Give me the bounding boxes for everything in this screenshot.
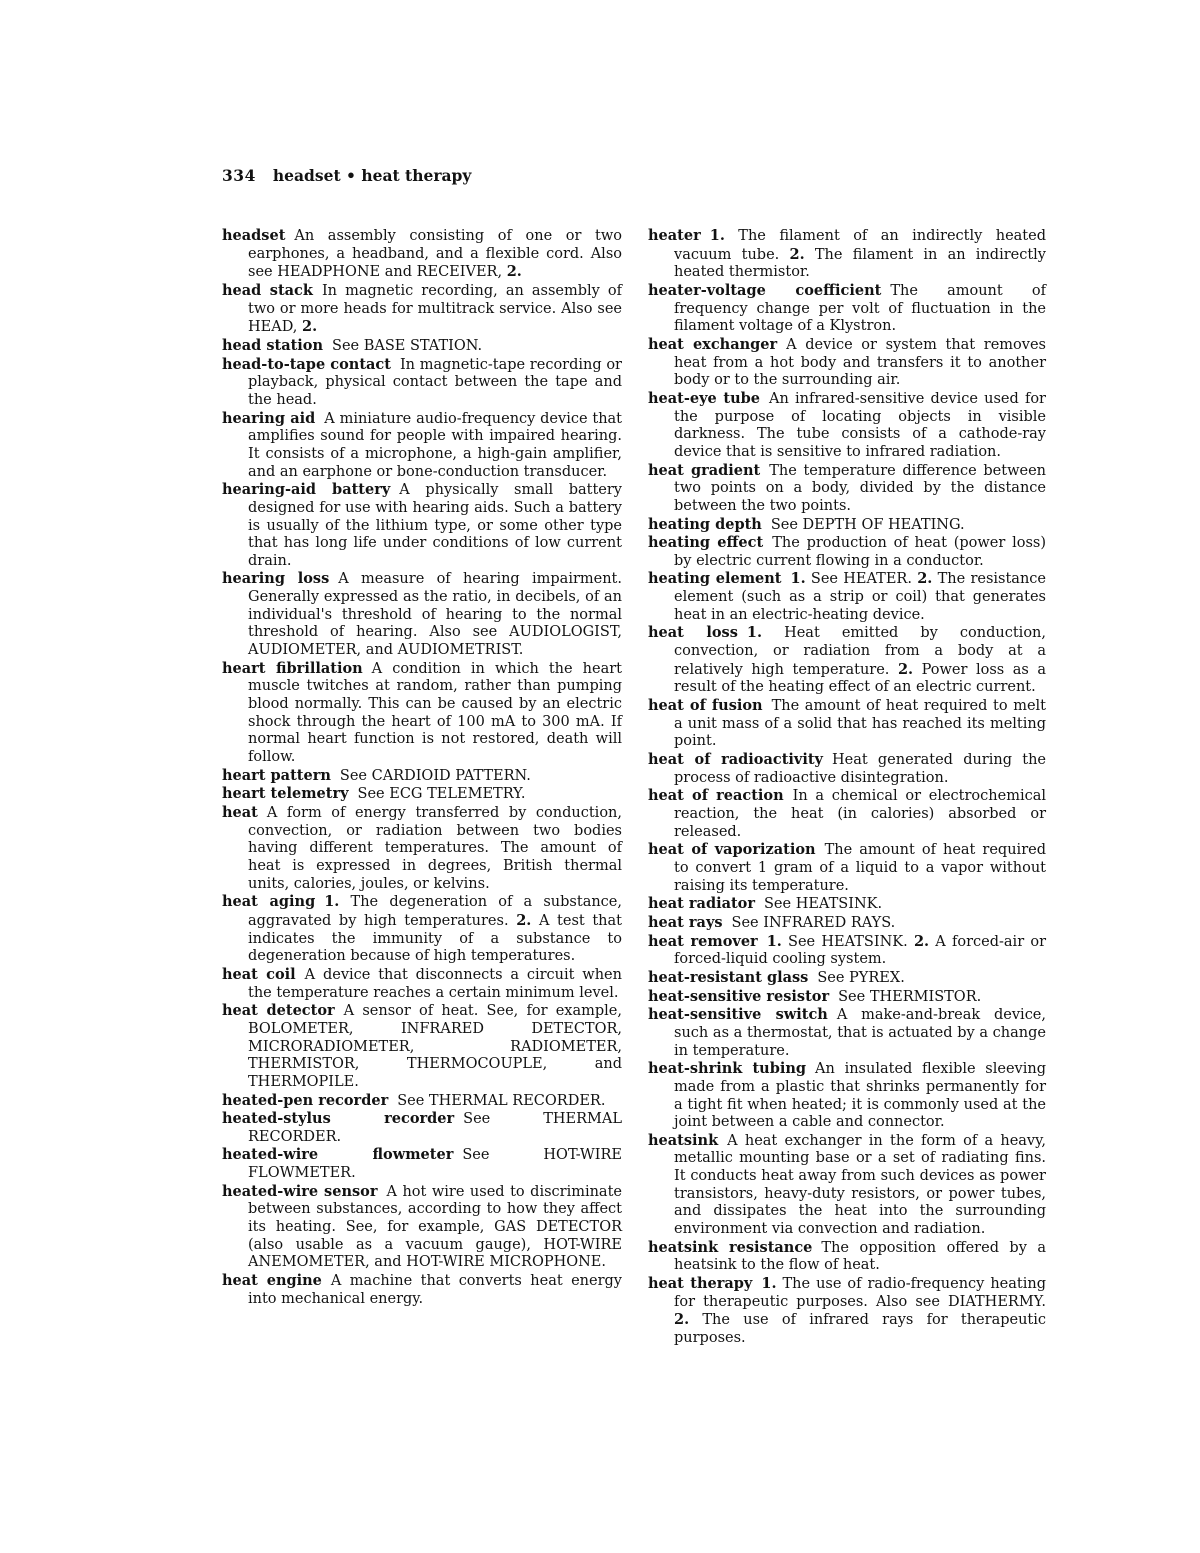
entry-definition: An assembly consisting of one or two ear…: [248, 228, 622, 280]
dictionary-columns: headsetAn assembly consisting of one or …: [222, 227, 1046, 1348]
entry-term: heated-stylus recorder: [222, 1110, 463, 1127]
entry-term: heat radiator: [648, 895, 764, 912]
dictionary-entry: heat-resistant glassSee PYREX.: [648, 969, 1046, 988]
entry-term: heat engine: [222, 1272, 331, 1289]
entry-term: heated-wire sensor: [222, 1183, 386, 1200]
entry-term: heat rays: [648, 914, 732, 931]
entry-definition: See DEPTH OF HEATING.: [771, 517, 965, 533]
dictionary-entry: heart patternSee CARDIOID PATTERN.: [222, 767, 622, 786]
entry-term: heat-sensitive resistor: [648, 988, 838, 1005]
dictionary-entry: heat-sensitive switchA make-and-break de…: [648, 1006, 1046, 1060]
entry-term: heatsink: [648, 1132, 727, 1149]
dictionary-entry: headsetAn assembly consisting of one or …: [222, 227, 622, 282]
entry-term: heating element: [648, 570, 791, 587]
dictionary-entry: head-to-tape contactIn magnetic-tape rec…: [222, 356, 622, 410]
dictionary-entry: hearing aidA miniature audio-frequency d…: [222, 410, 622, 482]
entry-term: heat: [222, 804, 267, 821]
dictionary-entry: heat loss1. Heat emitted by conduction, …: [648, 624, 1046, 697]
entry-term: heating effect: [648, 534, 772, 551]
entry-term: hearing aid: [222, 410, 324, 427]
page-header: 334headset • heat therapy: [222, 166, 471, 185]
entry-definition: 1. The filament of an indirectly heated …: [674, 228, 1046, 280]
dictionary-entry: heat aging1. The degeneration of a subst…: [222, 893, 622, 966]
entry-definition: See CARDIOID PATTERN.: [340, 768, 531, 784]
entry-term: heat of radioactivity: [648, 751, 832, 768]
dictionary-entry: heat radiatorSee HEATSINK.: [648, 895, 1046, 914]
dictionary-entry: hearing-aid batteryA physically small ba…: [222, 481, 622, 570]
dictionary-entry: heating depthSee DEPTH OF HEATING.: [648, 516, 1046, 535]
guide-words: headset • heat therapy: [273, 166, 472, 185]
entry-term: heat aging: [222, 893, 324, 910]
dictionary-entry: hearing lossA measure of hearing impairm…: [222, 570, 622, 659]
entry-definition: See ECG TELEMETRY.: [358, 786, 526, 802]
entry-term: heat therapy: [648, 1275, 761, 1292]
dictionary-entry: heat-shrink tubingAn insulated flexible …: [648, 1060, 1046, 1132]
entry-term: heated-wire flowmeter: [222, 1146, 462, 1163]
entry-term: heated-pen recorder: [222, 1092, 397, 1109]
dictionary-entry: heat detectorA sensor of heat. See, for …: [222, 1002, 622, 1091]
entry-definition: See BASE STATION.: [332, 338, 482, 354]
dictionary-entry: heart telemetrySee ECG TELEMETRY.: [222, 785, 622, 804]
column-right: heater1. The filament of an indirectly h…: [648, 227, 1046, 1348]
dictionary-entry: heat of fusionThe amount of heat require…: [648, 697, 1046, 751]
dictionary-entry: heat-sensitive resistorSee THERMISTOR.: [648, 988, 1046, 1007]
entry-term: heatsink resistance: [648, 1239, 821, 1256]
dictionary-entry: heating effectThe production of heat (po…: [648, 534, 1046, 570]
entry-definition: A device that disconnects a circuit when…: [248, 967, 622, 1001]
entry-term: head-to-tape contact: [222, 356, 400, 373]
entry-definition: A heat exchanger in the form of a heavy,…: [674, 1133, 1046, 1237]
entry-term: heart telemetry: [222, 785, 358, 802]
entry-term: heat-resistant glass: [648, 969, 817, 986]
dictionary-entry: heated-wire flowmeterSee HOT-WIRE FLOWME…: [222, 1146, 622, 1182]
dictionary-entry: heatsinkA heat exchanger in the form of …: [648, 1132, 1046, 1239]
dictionary-entry: heat therapy1. The use of radio-frequenc…: [648, 1275, 1046, 1348]
dictionary-entry: heatsink resistanceThe opposition offere…: [648, 1239, 1046, 1275]
dictionary-entry: heat engineA machine that converts heat …: [222, 1272, 622, 1308]
dictionary-entry: heated-pen recorderSee THERMAL RECORDER.: [222, 1092, 622, 1111]
dictionary-entry: heart fibrillationA condition in which t…: [222, 660, 622, 767]
entry-term: head station: [222, 337, 332, 354]
entry-term: heat gradient: [648, 462, 769, 479]
dictionary-entry: heat exchangerA device or system that re…: [648, 336, 1046, 390]
dictionary-entry: heater-voltage coefficientThe amount of …: [648, 282, 1046, 336]
dictionary-entry: heat-eye tubeAn infrared-sensitive devic…: [648, 390, 1046, 462]
dictionary-entry: head stationSee BASE STATION.: [222, 337, 622, 356]
dictionary-entry: heat of vaporizationThe amount of heat r…: [648, 841, 1046, 895]
entry-term: heart pattern: [222, 767, 340, 784]
column-left: headsetAn assembly consisting of one or …: [222, 227, 622, 1348]
entry-term: heat remover: [648, 933, 767, 950]
dictionary-entry: heat remover1. See HEATSINK. 2. A forced…: [648, 933, 1046, 969]
entry-term: heat-shrink tubing: [648, 1060, 815, 1077]
dictionary-page: 334headset • heat therapy headsetAn asse…: [0, 0, 1200, 1553]
dictionary-entry: heated-stylus recorderSee THERMAL RECORD…: [222, 1110, 622, 1146]
dictionary-entry: heat gradientThe temperature difference …: [648, 462, 1046, 516]
page-number: 334: [222, 166, 256, 185]
entry-term: heating depth: [648, 516, 771, 533]
dictionary-entry: heated-wire sensorA hot wire used to dis…: [222, 1183, 622, 1272]
entry-term: heater-voltage coefficient: [648, 282, 890, 299]
entry-term: headset: [222, 227, 294, 244]
entry-term: hearing-aid battery: [222, 481, 399, 498]
entry-term: heat-eye tube: [648, 390, 769, 407]
entry-definition: See THERMAL RECORDER.: [397, 1093, 605, 1109]
entry-term: heart fibrillation: [222, 660, 372, 677]
entry-definition: See THERMISTOR.: [838, 989, 981, 1005]
dictionary-entry: heat raysSee INFRARED RAYS.: [648, 914, 1046, 933]
dictionary-entry: head stackIn magnetic recording, an asse…: [222, 282, 622, 337]
entry-term: heat of fusion: [648, 697, 772, 714]
entry-term: heat of vaporization: [648, 841, 825, 858]
dictionary-entry: heat of radioactivityHeat generated duri…: [648, 751, 1046, 787]
dictionary-entry: heat of reactionIn a chemical or electro…: [648, 787, 1046, 841]
entry-term: heater: [648, 227, 710, 244]
dictionary-entry: heater1. The filament of an indirectly h…: [648, 227, 1046, 282]
entry-term: heat coil: [222, 966, 305, 983]
dictionary-entry: heating element1. See HEATER. 2. The res…: [648, 570, 1046, 624]
entry-term: heat detector: [222, 1002, 344, 1019]
entry-term: heat of reaction: [648, 787, 793, 804]
entry-term: hearing loss: [222, 570, 338, 587]
entry-definition: See PYREX.: [817, 970, 904, 986]
entry-term: heat loss: [648, 624, 747, 641]
dictionary-entry: heatA form of energy transferred by cond…: [222, 804, 622, 893]
entry-definition: See INFRARED RAYS.: [732, 915, 896, 931]
entry-term: heat-sensitive switch: [648, 1006, 837, 1023]
entry-definition: See HEATSINK.: [764, 896, 882, 912]
entry-term: heat exchanger: [648, 336, 786, 353]
entry-term: head stack: [222, 282, 322, 299]
dictionary-entry: heat coilA device that disconnects a cir…: [222, 966, 622, 1002]
entry-definition: A form of energy transferred by conducti…: [248, 805, 622, 892]
